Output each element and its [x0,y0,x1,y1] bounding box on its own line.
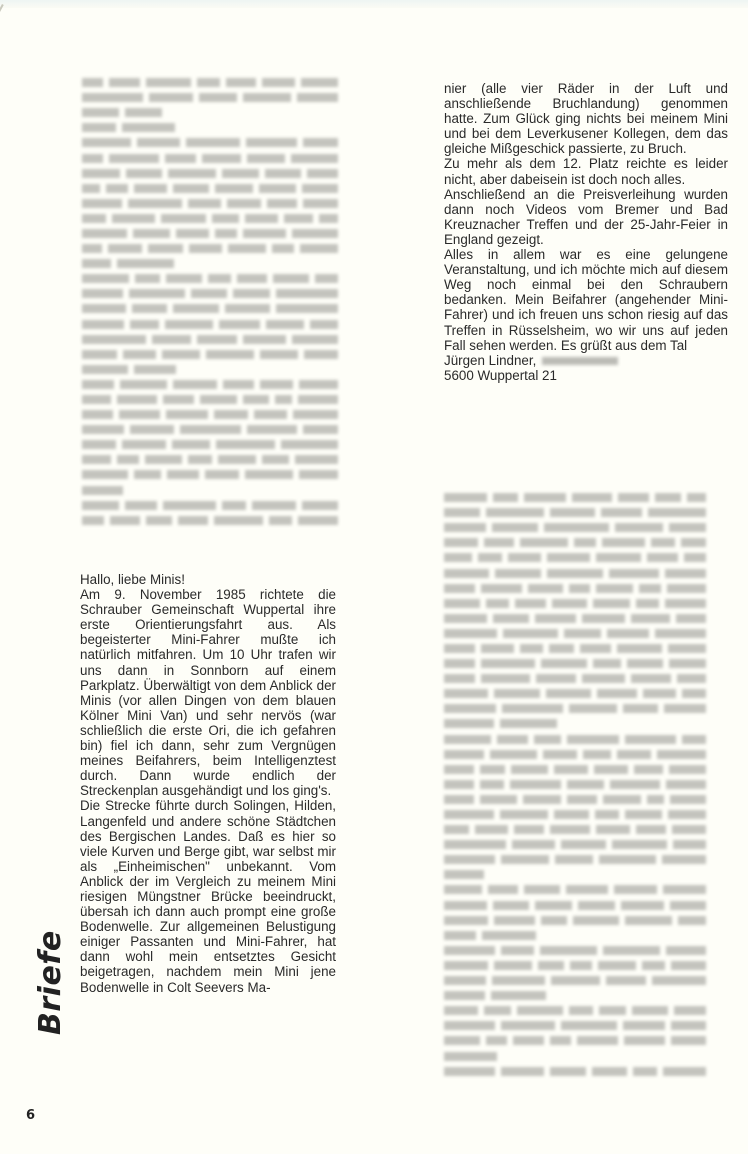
redacted-line [444,626,706,641]
redacted-line [82,135,338,150]
redacted-line [444,822,706,837]
redacted-line [444,762,706,777]
redacted-line [82,437,338,452]
page-fold-mark [0,4,4,44]
redacted-line [82,377,338,392]
redacted-line [82,211,338,226]
paragraph: nier (alle vier Räder in der Luft und an… [444,81,728,156]
redacted-line [82,75,338,90]
redacted-line [444,565,706,580]
redacted-line [82,181,338,196]
redacted-line [82,241,338,256]
redacted-line [444,913,706,928]
redacted-line [82,286,338,301]
redacted-line [444,1033,706,1048]
redacted-line [444,596,706,611]
redacted-line [444,747,706,762]
redacted-line [444,550,706,565]
redacted-line [82,347,338,362]
paragraph: Alles in allem war es eine gelungene Ver… [444,247,728,353]
redacted-line [444,671,706,686]
paragraph: Zu mehr als dem 12. Platz reichte es lei… [444,156,728,186]
signature-name: Jürgen Lindner, [444,353,536,368]
redacted-line [82,467,338,482]
redacted-line [82,392,338,407]
redacted-line [82,105,338,120]
redacted-line [82,166,338,181]
redacted-line [82,483,338,498]
redacted-line [82,407,338,422]
redacted-line [82,256,338,271]
redacted-line [82,513,338,528]
redacted-line [444,988,706,1003]
redacted-line [82,301,338,316]
redacted-line [444,807,706,822]
redacted-line [444,1064,706,1079]
redacted-line [444,777,706,792]
redacted-line [444,852,706,867]
redacted-line [444,535,706,550]
redacted-letter-left-top [82,75,338,528]
redacted-line [444,1003,706,1018]
redacted-line [444,943,706,958]
redacted-line [82,422,338,437]
redacted-line [82,271,338,286]
redacted-line [444,958,706,973]
redacted-line [82,90,338,105]
redacted-line [444,686,706,701]
letter-greeting: Hallo, liebe Minis! [80,572,336,587]
page-top-edge [0,0,748,8]
paragraph: Am 9. November 1985 richtete die Schraub… [80,587,336,798]
paragraph: Anschließend an die Preisverleihung wurd… [444,187,728,247]
redacted-line [82,332,338,347]
redacted-line [444,882,706,897]
signature-line: Jürgen Lindner, [444,353,728,368]
redacted-letter-right-bottom [444,490,706,1079]
page-number: 6 [26,1108,35,1123]
paragraph: Die Strecke führte durch Solingen, Hilde… [80,798,336,994]
redacted-line [444,732,706,747]
redacted-line [444,490,706,505]
redacted-line [444,1048,706,1063]
redacted-line [82,196,338,211]
redacted-line [444,867,706,882]
redacted-line [82,498,338,513]
redacted-line [82,452,338,467]
redacted-line [82,226,338,241]
signature-city: 5600 Wuppertal 21 [444,368,728,383]
redacted-line [444,928,706,943]
redacted-line [444,716,706,731]
redacted-line [444,1018,706,1033]
redacted-line [82,317,338,332]
letter-continuation-column: nier (alle vier Räder in der Luft und an… [444,81,728,383]
redacted-line [444,520,706,535]
redacted-line [444,792,706,807]
redacted-line [444,581,706,596]
redacted-line [444,898,706,913]
redacted-line [82,362,338,377]
redacted-line [82,150,338,165]
section-label-briefe: Briefe [33,925,73,1035]
redacted-line [444,611,706,626]
redacted-line [444,656,706,671]
redacted-line [444,641,706,656]
redacted-street-address [542,357,618,365]
redacted-line [82,120,338,135]
redacted-line [444,701,706,716]
letter-column: Hallo, liebe Minis! Am 9. November 1985 … [80,572,336,995]
redacted-line [444,837,706,852]
redacted-line [444,505,706,520]
redacted-line [444,973,706,988]
